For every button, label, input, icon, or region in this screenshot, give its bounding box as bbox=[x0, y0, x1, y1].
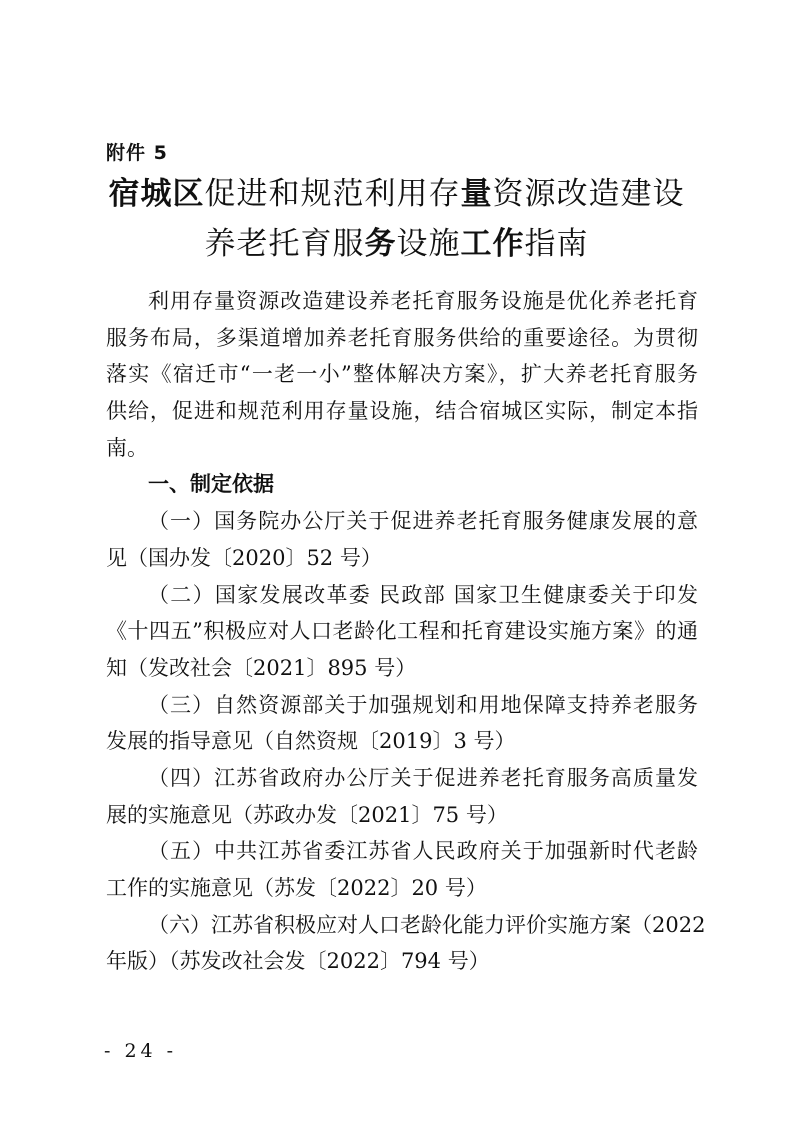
title-segment: 设施 bbox=[397, 226, 461, 262]
basis-item-line: 知（发改社会〔2021〕895 号） bbox=[106, 650, 698, 687]
title-segment: 宿城区 bbox=[109, 176, 205, 212]
intro-paragraph-line: 供给，促进和规范利用存量设施，结合宿城区实际，制定本指 bbox=[106, 393, 698, 430]
title-segment: 资源改造建设 bbox=[493, 176, 685, 212]
intro-paragraph-line: 利用存量资源改造建设养老托育服务设施是优化养老托育 bbox=[106, 283, 698, 320]
basis-item-line: （六）江苏省积极应对人口老龄化能力评价实施方案（2022 bbox=[106, 907, 698, 944]
intro-paragraph-line: 落实《宿迁市“一老一小”整体解决方案》，扩大养老托育服务 bbox=[106, 356, 698, 393]
basis-item-line: 《十四五”积极应对人口老龄化工程和托育建设实施方案》的通 bbox=[106, 613, 698, 650]
basis-item-line: （三）自然资源部关于加强规划和用地保障支持养老服务 bbox=[106, 687, 698, 724]
attachment-label: 附件 5 bbox=[106, 138, 168, 165]
basis-item-line: 见（国办发〔2020〕52 号） bbox=[106, 540, 698, 577]
intro-paragraph-line: 南。 bbox=[106, 430, 698, 467]
title-segment: 务 bbox=[365, 226, 397, 262]
title-segment: 指南 bbox=[525, 226, 589, 262]
document-title-line-2: 养老托育服务设施工作指南 bbox=[0, 226, 793, 262]
title-segment: 工作 bbox=[461, 226, 525, 262]
document-title-line-1: 宿城区促进和规范利用存量资源改造建设 bbox=[0, 176, 793, 212]
document-body: 利用存量资源改造建设养老托育服务设施是优化养老托育 服务布局，多渠道增加养老托育… bbox=[106, 283, 698, 980]
title-segment: 养老托育服 bbox=[205, 226, 365, 262]
basis-item-line: （二）国家发展改革委 民政部 国家卫生健康委关于印发 bbox=[106, 577, 698, 614]
title-segment: 量 bbox=[461, 176, 493, 212]
basis-item-line: 年版）（苏发改社会发〔2022〕794 号） bbox=[106, 943, 698, 980]
basis-item-line: 工作的实施意见（苏发〔2022〕20 号） bbox=[106, 870, 698, 907]
document-page: 附件 5 宿城区促进和规范利用存量资源改造建设 养老托育服务设施工作指南 利用存… bbox=[0, 0, 793, 1122]
page-number: - 24 - bbox=[104, 1040, 177, 1062]
basis-item-line: 发展的指导意见（自然资规〔2019〕3 号） bbox=[106, 723, 698, 760]
intro-paragraph-line: 服务布局，多渠道增加养老托育服务供给的重要途径。为贯彻 bbox=[106, 320, 698, 357]
basis-item-line: 展的实施意见（苏政办发〔2021〕75 号） bbox=[106, 797, 698, 834]
title-segment: 促进和规范利用存 bbox=[205, 176, 461, 212]
section-heading: 一、制定依据 bbox=[106, 466, 698, 503]
basis-item-line: （一）国务院办公厅关于促进养老托育服务健康发展的意 bbox=[106, 503, 698, 540]
basis-item-line: （五）中共江苏省委江苏省人民政府关于加强新时代老龄 bbox=[106, 833, 698, 870]
basis-item-line: （四）江苏省政府办公厅关于促进养老托育服务高质量发 bbox=[106, 760, 698, 797]
